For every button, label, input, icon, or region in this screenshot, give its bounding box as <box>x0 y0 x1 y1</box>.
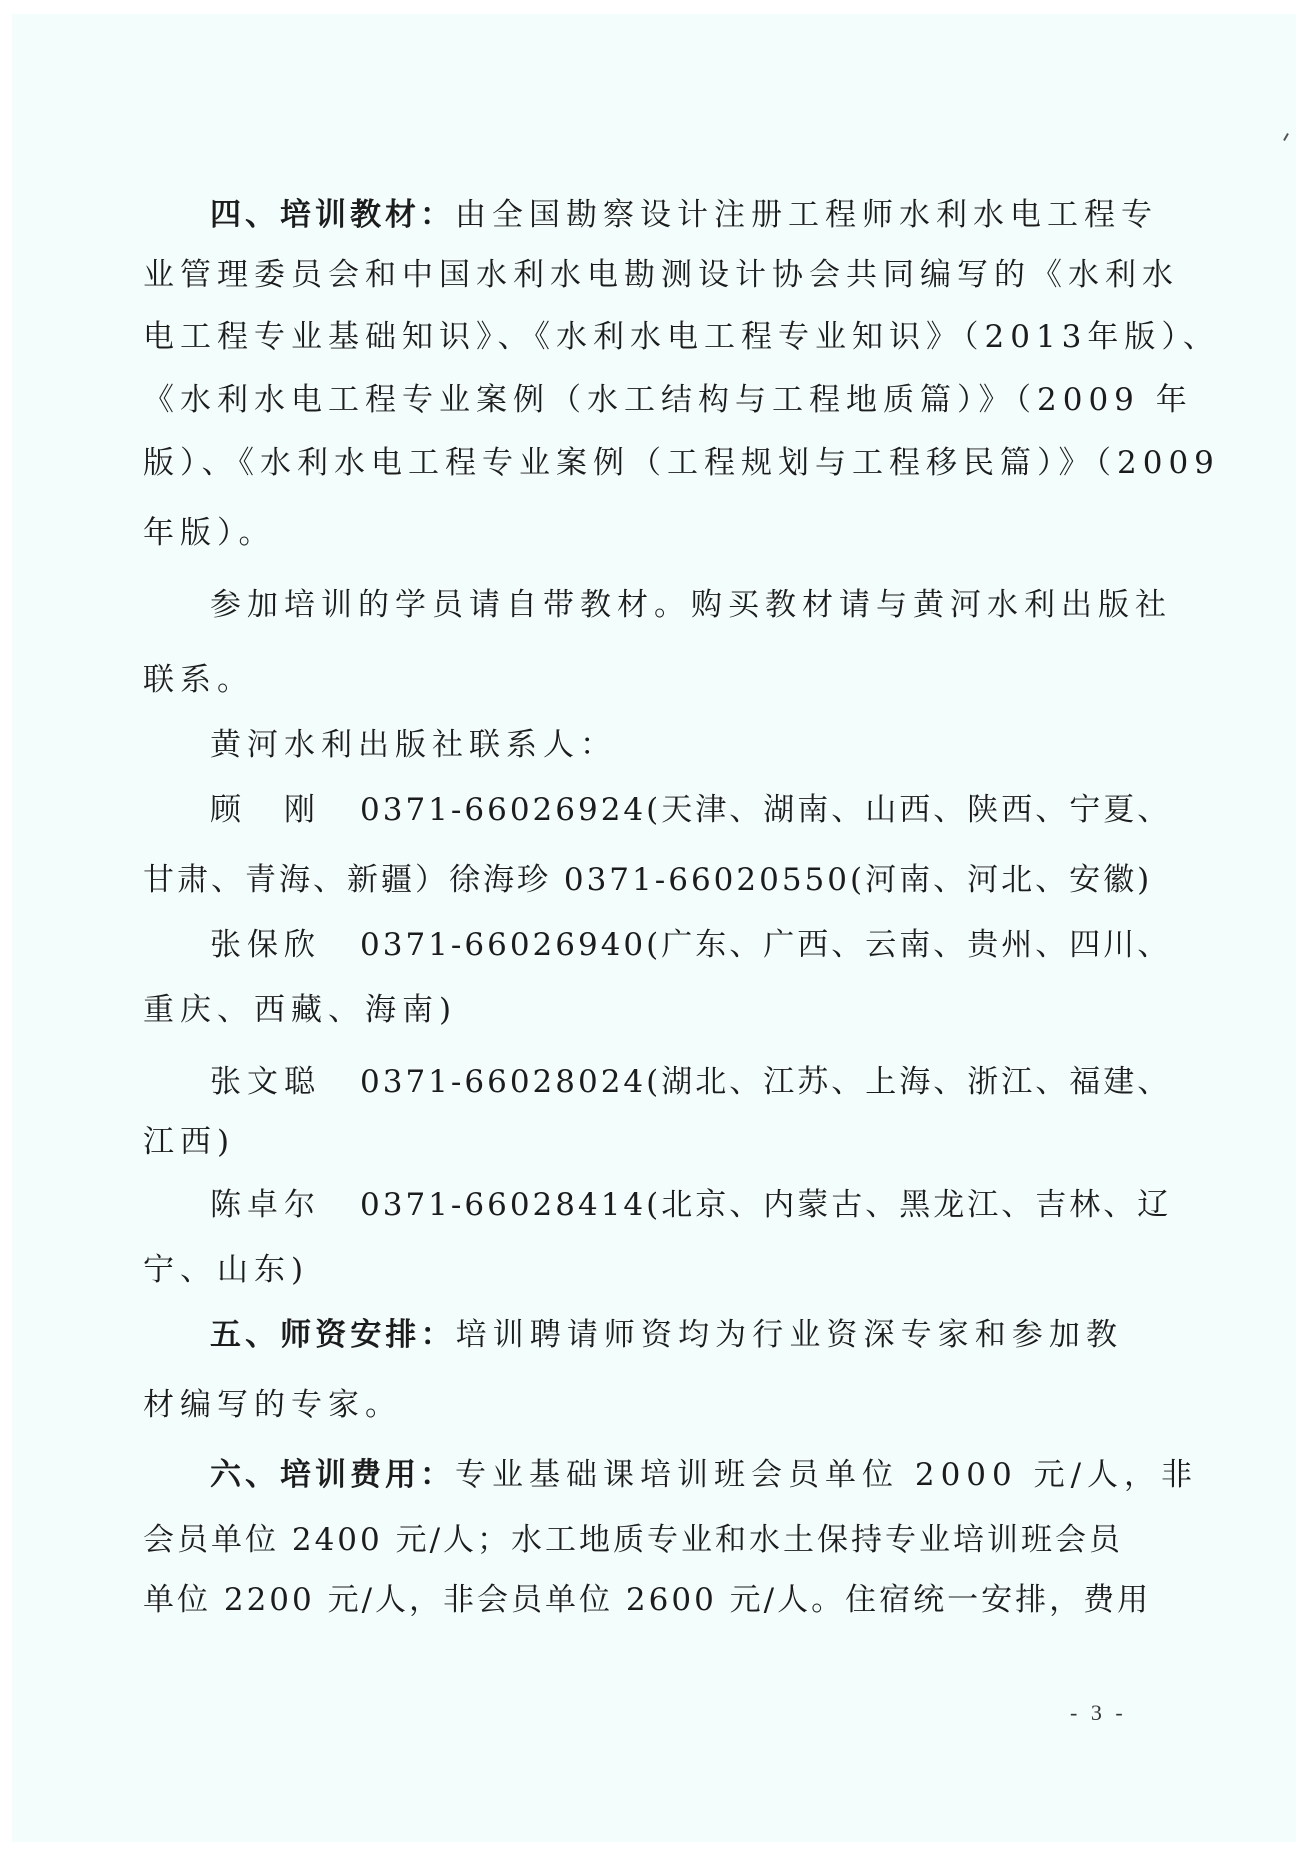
note-line-2: 联系。 <box>143 650 1123 710</box>
contact-row-2: 张保欣0371-66026940(广东、广西、云南、贵州、四川、 <box>210 915 1123 975</box>
contacts-title: 黄河水利出版社联系人： <box>210 715 1123 775</box>
section-four-text: 由全国勘察设计注册工程师水利水电工程专 <box>455 197 1158 233</box>
contact-regions: (广东、广西、云南、贵州、四川、 <box>646 927 1171 963</box>
section-five-line-1: 五、师资安排：培训聘请师资均为行业资深专家和参加教 <box>210 1305 1123 1365</box>
section-six-text: 专业基础课培训班会员单位 2000 元/人，非 <box>455 1457 1198 1493</box>
contact-regions: (湖北、江苏、上海、浙江、福建、 <box>646 1064 1171 1100</box>
contact-row-1: 顾 刚0371-66026924(天津、湖南、山西、陕西、宁夏、 <box>210 780 1123 840</box>
section-six-line-2: 会员单位 2400 元/人；水工地质专业和水土保持专业培训班会员 <box>143 1510 1123 1570</box>
contact-phone: 0371-66028414 <box>360 1187 646 1223</box>
section-four-line-2: 业管理委员会和中国水利水电勘测设计协会共同编写的《水利水 <box>143 245 1123 305</box>
contact-phone: 0371-66026940 <box>360 927 646 963</box>
contact-name: 陈卓尔 <box>210 1175 360 1235</box>
contact-phone: 0371-66026924 <box>360 792 646 828</box>
section-four-line-4: 《水利水电工程专业案例（水工结构与工程地质篇）》（2009 年 <box>143 370 1123 430</box>
note-line-1: 参加培训的学员请自带教材。购买教材请与黄河水利出版社 <box>210 575 1123 635</box>
section-six-heading: 六、培训费用： <box>210 1457 455 1493</box>
section-four-line-3: 电工程专业基础知识》、《水利水电工程专业知识》（2013年版）、 <box>143 307 1123 367</box>
contact-regions: (天津、湖南、山西、陕西、宁夏、 <box>646 792 1171 828</box>
section-five-heading: 五、师资安排： <box>210 1317 456 1353</box>
contact-row-3-cont: 江西) <box>143 1112 1123 1172</box>
contact-name: 顾 刚 <box>210 780 360 840</box>
contact-row-4-cont: 宁、山东) <box>143 1240 1123 1300</box>
contact-row-4: 陈卓尔0371-66028414(北京、内蒙古、黑龙江、吉林、辽 <box>210 1175 1123 1235</box>
section-four-line-6: 年版）。 <box>143 503 1123 563</box>
contact-name: 张文聪 <box>210 1052 360 1112</box>
contact-row-2-cont: 重庆、西藏、海南) <box>143 980 1123 1040</box>
section-five-text: 培训聘请师资均为行业资深专家和参加教 <box>456 1317 1123 1353</box>
section-four-line-1: 四、培训教材：由全国勘察设计注册工程师水利水电工程专 <box>210 185 1123 245</box>
contact-name: 张保欣 <box>210 915 360 975</box>
section-six-line-1: 六、培训费用：专业基础课培训班会员单位 2000 元/人，非 <box>210 1445 1123 1505</box>
contact-phone: 0371-66028024 <box>360 1064 646 1100</box>
contact-row-1-cont: 甘肃、青海、新疆）徐海珍 0371-66020550(河南、河北、安徽) <box>143 850 1123 910</box>
section-four-line-5: 版）、《水利水电工程专业案例（工程规划与工程移民篇）》（2009 <box>143 433 1123 493</box>
page-number: - 3 - <box>1070 1700 1127 1726</box>
section-five-line-2: 材编写的专家。 <box>143 1375 1123 1435</box>
contact-regions: (北京、内蒙古、黑龙江、吉林、辽 <box>646 1187 1171 1223</box>
section-six-line-3: 单位 2200 元/人，非会员单位 2600 元/人。住宿统一安排，费用 <box>143 1570 1123 1630</box>
section-four-heading: 四、培训教材： <box>210 197 455 233</box>
contact-row-3: 张文聪0371-66028024(湖北、江苏、上海、浙江、福建、 <box>210 1052 1123 1112</box>
